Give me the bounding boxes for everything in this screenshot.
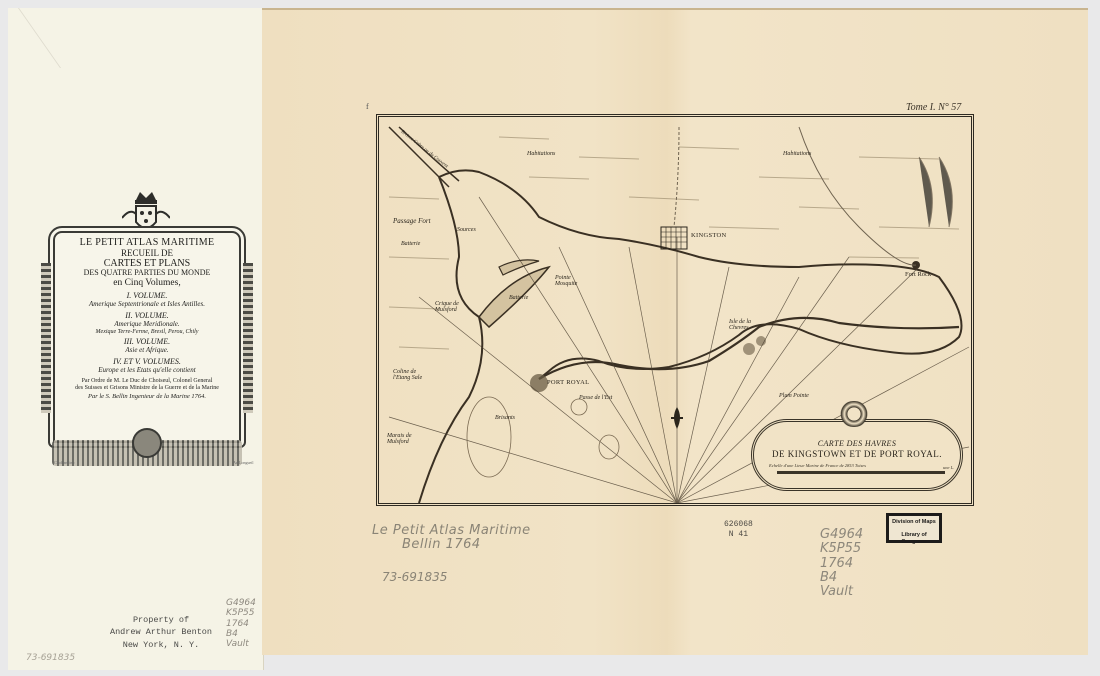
paper-crease (18, 8, 140, 68)
title-block: LE PETIT ATLAS MARITIME RECUEIL DE CARTE… (57, 237, 237, 401)
order-line-1: Par Ordre de M. Le Duc de Choiseul, Colo… (57, 378, 237, 385)
handwritten-accession: 73-691835 (382, 570, 447, 584)
property-stamp: Property of Andrew Arthur Benton New Yor… (96, 614, 226, 651)
call-line: Vault (226, 639, 256, 649)
atlas-title-page: LE PETIT ATLAS MARITIME RECUEIL DE CARTE… (8, 8, 264, 670)
volume-1-content: Amerique Septentrionale et Isles Antille… (57, 301, 237, 309)
label-habitations-west: Habitations (527, 151, 555, 157)
atlas-title: LE PETIT ATLAS MARITIME (57, 237, 237, 248)
label-passe-est: Passe de l'Est (579, 395, 612, 401)
volume-2-content: Amerique Meridionale. (57, 321, 237, 329)
stamp-line-1: Division of Maps (889, 519, 939, 526)
label-colline-etang-sale: Coline de l'Etang Sale (393, 369, 425, 381)
cartouche-title-2: DE KINGSTOWN ET DE PORT ROYAL. (751, 449, 963, 459)
accession-line: 626068 (724, 520, 753, 530)
scale-bar (777, 471, 945, 474)
scale-caption: Echelle d'une Lieue Marine de France de … (769, 463, 866, 468)
label-port-royal: PORT ROYAL (547, 379, 589, 386)
library-of-congress-stamp: Division of Maps Library of Congress (886, 513, 942, 543)
plate-reference: Tome I. N° 57 (906, 102, 961, 113)
call-number-left: G4964 K5P55 1764 B4 Vault (226, 598, 256, 650)
label-pointe-mosquite: Pointe Mosquite (555, 275, 583, 287)
corner-mark: f (366, 102, 369, 111)
label-habitations-east: Habitations (783, 151, 811, 157)
stamp-line-2: Library of Congress (889, 532, 939, 546)
property-line-3: New York, N. Y. (96, 639, 226, 651)
property-line-1: Property of (96, 614, 226, 626)
label-plum-pointe: Plum Pointe (779, 393, 809, 399)
accession-number: 626068 N 41 (724, 520, 753, 539)
label-isle-chevres: Isle de la Chevres (729, 319, 761, 331)
atlas-subtitle-3: DES QUATRE PARTIES DU MONDE (57, 269, 237, 278)
label-crique-mulsford: Crique de Mulsford (435, 301, 465, 313)
accession-line: N 41 (724, 530, 753, 540)
atlas-subtitle-4: en Cinq Volumes, (57, 278, 237, 289)
accession-note-left: 73-691835 (26, 653, 75, 663)
label-passage-fort: Passage Fort (393, 217, 431, 225)
label-marais-mulsford: Marais de Mulsford (387, 433, 417, 445)
call-line: Vault (820, 585, 863, 599)
call-line: B4 (226, 629, 256, 639)
note-line-1: Le Petit Atlas Maritime (372, 523, 531, 538)
volume-2-extra: Mexique Terre-Ferme, Bresil, Perou, Chil… (57, 329, 237, 336)
frame-base-medallion (132, 428, 162, 458)
engraver-credit-left: Choffard inv. (54, 460, 75, 465)
call-line: 1764 (226, 619, 256, 629)
label-sources: Sources (457, 227, 476, 233)
title-ornamental-frame: LE PETIT ATLAS MARITIME RECUEIL DE CARTE… (44, 188, 250, 476)
call-line: 1764 (820, 557, 863, 571)
label-batterie-passage: Batterie (401, 241, 420, 247)
volume-4-content: Europe et les Etats qu'elle contient (57, 367, 237, 375)
order-line-2: des Suisses et Grisons Ministre de la Gu… (57, 385, 237, 392)
note-line-2: Bellin 1764 (372, 538, 531, 552)
label-batterie-mosquite: Batterie (509, 295, 528, 301)
frame-border: LE PETIT ATLAS MARITIME RECUEIL DE CARTE… (48, 226, 246, 448)
engraver-line: Par le S. Bellin Ingenieur de la Marine … (57, 393, 237, 400)
engraver-credit-right: Ar. Longueil (233, 460, 253, 465)
property-line-2: Andrew Arthur Benton (96, 626, 226, 638)
call-line: K5P55 (820, 542, 863, 556)
cartouche-title-1: CARTE DES HAVRES (751, 439, 963, 448)
label-brisants: Brisants (495, 415, 515, 421)
map-sheet: f Tome I. N° 57 (262, 8, 1088, 655)
call-line: G4964 (226, 598, 256, 608)
handwritten-title-note: Le Petit Atlas Maritime Bellin 1764 (372, 524, 531, 551)
label-fort-rock: Fort Rock (905, 271, 933, 278)
call-line: G4964 (820, 528, 863, 542)
volume-3-content: Asie et Afrique. (57, 347, 237, 355)
atlas-subtitle-1: RECUEIL DE (57, 248, 237, 258)
label-kingston: KINGSTON (691, 232, 727, 239)
scale-end-label: une L. (943, 465, 954, 470)
call-line: K5P55 (226, 608, 256, 618)
call-number: G4964 K5P55 1764 B4 Vault (820, 528, 863, 599)
call-line: B4 (820, 571, 863, 585)
map-title-cartouche: CARTE DES HAVRES DE KINGSTOWN ET DE PORT… (751, 401, 963, 497)
cartouche-ornament-icon (837, 401, 871, 427)
map-plate: KINGSTON Habitations Habitations Passage… (376, 114, 974, 506)
